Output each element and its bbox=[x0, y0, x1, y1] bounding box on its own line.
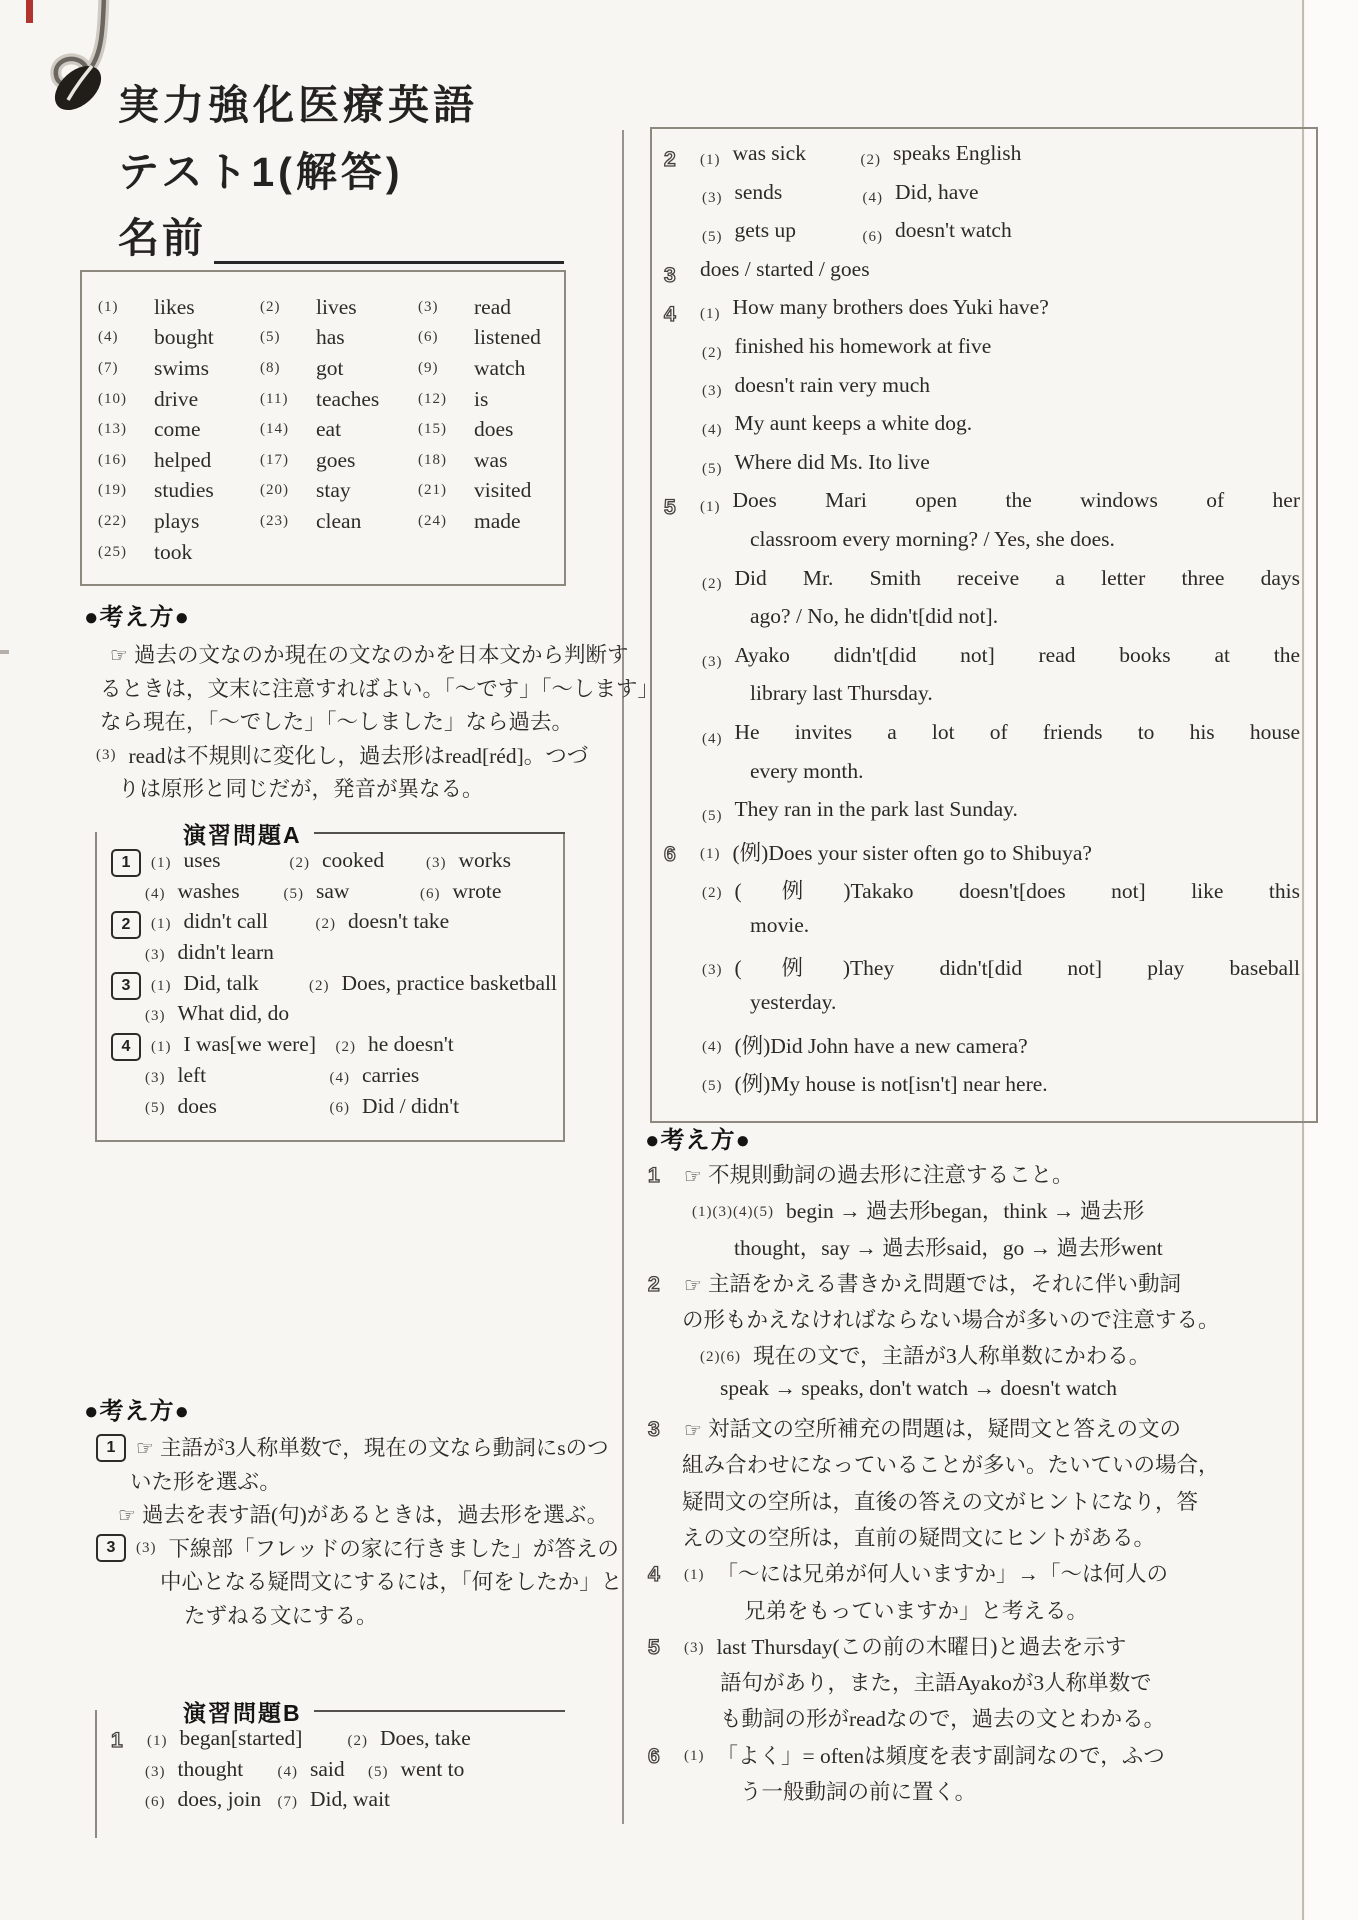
explanation-text: えの文の空所は，直前の疑問文にヒントがある。 bbox=[682, 1521, 1155, 1552]
explanation-line: 1 ☞ 不規則動詞の過去形に注意すること。 bbox=[648, 1158, 1312, 1194]
answer-text: Where did Ms. Ito live bbox=[735, 450, 930, 475]
item-number: (4) bbox=[98, 329, 154, 346]
explanation-text: 「よく」= oftenは頻度を表す副詞なので，ふつ bbox=[717, 1739, 1165, 1770]
explanation-line: 5 (3) last Thursday(この前の木曜日)と過去を示す bbox=[648, 1630, 1312, 1666]
explanation-text: るときは，文末に注意すればよい。「～です」「～します」 bbox=[100, 672, 659, 703]
answer-text: speaks English bbox=[893, 141, 1021, 166]
question-number: (4) bbox=[702, 1039, 723, 1056]
vocab-word: took bbox=[154, 540, 260, 565]
explanation-text: thought，say → 過去形said，go → 過去形went bbox=[734, 1231, 1163, 1262]
answer-text: saw bbox=[316, 879, 420, 904]
explanation-text: 組み合わせになっていることが多い。たいていの場合， bbox=[682, 1448, 1220, 1479]
explanation-line: 6 (1) 「よく」= oftenは頻度を表す副詞なので，ふつ bbox=[648, 1739, 1312, 1775]
item-number: (5) bbox=[260, 329, 316, 346]
answer-text: washes bbox=[178, 879, 284, 904]
explanation-text: 現在の文で，主語が3人称単数にかわる。 bbox=[753, 1339, 1150, 1370]
explanation-line: 兄弟をもっていますか」と考える。 bbox=[648, 1594, 1312, 1630]
answer-text: began[started] bbox=[180, 1726, 348, 1751]
answer-line: yesterday. bbox=[664, 990, 1310, 1029]
vocab-row: (10) drive (11) teaches (12) is bbox=[98, 384, 564, 415]
answer-line: (4) He invites a lot of friends to his h… bbox=[664, 720, 1310, 759]
answer-text: carries bbox=[362, 1063, 419, 1088]
section-number: 6 bbox=[664, 843, 690, 867]
vocab-word: got bbox=[316, 356, 418, 381]
question-number: (5) bbox=[145, 1100, 166, 1117]
item-number: (3) bbox=[418, 299, 474, 316]
item-number: (23) bbox=[260, 513, 316, 530]
answer-text: (例)Does your sister often go to Shibuya? bbox=[733, 836, 1092, 867]
question-number: (2) bbox=[348, 1733, 369, 1750]
item-number: (10) bbox=[98, 391, 154, 408]
vocab-grid: (1) likes (2) lives (3) read (4) bought … bbox=[82, 272, 564, 567]
vocab-word: bought bbox=[154, 325, 260, 350]
answer-line: classroom every morning? / Yes, she does… bbox=[664, 527, 1310, 566]
vocab-word: listened bbox=[474, 325, 564, 350]
item-number: (16) bbox=[98, 452, 154, 469]
scanned-answer-sheet-page: 実力強化医療英語 テスト1(解答) 名前 (1) likes (2) lives… bbox=[0, 0, 1358, 1920]
exercise-a-label: 演習問題A bbox=[183, 817, 302, 850]
answer-text: Did, have bbox=[895, 180, 979, 205]
vocab-word: watch bbox=[474, 356, 564, 381]
explanation-text: 過去の文なのか現在の文なのかを日本文から判断す bbox=[134, 638, 629, 669]
question-number: (4) bbox=[278, 1764, 299, 1781]
question-number: (3) bbox=[702, 190, 723, 207]
answer-text: was sick bbox=[733, 141, 861, 166]
vocab-row: (13) come (14) eat (15) does bbox=[98, 414, 564, 445]
explanation-line: も動詞の形がreadなので，過去の文とわかる。 bbox=[648, 1702, 1312, 1738]
answer-text: wrote bbox=[453, 879, 502, 904]
question-number: (1)(3)(4)(5) bbox=[692, 1204, 774, 1221]
thinking-block-left-2: 1 ☞ 主語が3人称単数で，現在の文なら動詞にsのつ いた形を選ぶ。 bbox=[88, 1431, 574, 1632]
answer-text: didn't call bbox=[184, 909, 316, 934]
question-number: (1) bbox=[700, 306, 721, 323]
vocab-row: (22) plays (23) clean (24) made bbox=[98, 506, 564, 537]
answer-line: 1 (1) began[started] (2) Does, take bbox=[111, 1726, 559, 1757]
vocab-word: has bbox=[316, 325, 418, 350]
vocab-word: swims bbox=[154, 356, 260, 381]
question-number: (6) bbox=[145, 1794, 166, 1811]
answer-text: What did, do bbox=[178, 1001, 290, 1026]
vocab-word: is bbox=[474, 387, 564, 412]
answer-text: Does, practice basketball bbox=[341, 971, 557, 996]
answer-line: (2) Did Mr. Smith receive a letter three… bbox=[664, 566, 1310, 605]
thinking-header-left-1: ●考え方● bbox=[84, 597, 190, 632]
section-number: 1 bbox=[111, 1729, 137, 1753]
explanation-text: readは不規則に変化し，過去形はread[réd]。つづ bbox=[129, 739, 589, 770]
answer-text: (例)They didn't[did not] play baseball bbox=[735, 951, 1311, 982]
thinking-header-right: ●考え方● bbox=[645, 1120, 751, 1155]
name-label: 名前 bbox=[118, 205, 206, 264]
question-number: (3) bbox=[426, 855, 447, 872]
question-number: (7) bbox=[278, 1794, 299, 1811]
explanation-text: begin → 過去形began，think → 過去形 bbox=[786, 1194, 1144, 1225]
item-number: (24) bbox=[418, 513, 474, 530]
question-number: (4) bbox=[702, 731, 723, 748]
answer-text: (例)Did John have a new camera? bbox=[735, 1029, 1028, 1060]
vocab-word: goes bbox=[316, 448, 418, 473]
answer-text: I was[we were] bbox=[184, 1032, 336, 1057]
question-number: (1) bbox=[147, 1733, 168, 1750]
explanation-text: りは原形と同じだが，発音が異なる。 bbox=[118, 772, 484, 803]
explanation-text: 主語をかえる書きかえ問題では，それに伴い動詞 bbox=[708, 1267, 1181, 1298]
explanation-line: う一般動詞の前に置く。 bbox=[648, 1775, 1312, 1811]
answer-line: (4) (例)Did John have a new camera? bbox=[664, 1029, 1310, 1068]
question-number: (3) bbox=[702, 962, 723, 979]
answer-text: cooked bbox=[322, 848, 426, 873]
vocab-word: studies bbox=[154, 478, 260, 503]
answer-line: movie. bbox=[664, 913, 1310, 952]
item-number: (1) bbox=[98, 299, 154, 316]
question-number: (3) bbox=[702, 654, 723, 671]
exercise-a-block: 演習問題A 1 (1) uses (2) cooked (3) works bbox=[95, 818, 565, 1142]
vocab-row: (1) likes (2) lives (3) read bbox=[98, 292, 564, 323]
item-number: (25) bbox=[98, 544, 154, 561]
item-number: (20) bbox=[260, 482, 316, 499]
question-number: (2)(6) bbox=[700, 1349, 741, 1366]
answer-text: works bbox=[459, 848, 512, 873]
item-number: (21) bbox=[418, 482, 474, 499]
answer-line: (3) What did, do bbox=[111, 1001, 557, 1032]
vocab-word: read bbox=[474, 295, 564, 320]
explanation-text: last Thursday(この前の木曜日)と過去を示す bbox=[717, 1630, 1127, 1661]
question-number: (3) bbox=[145, 1764, 166, 1781]
answer-text: does bbox=[178, 1094, 330, 1119]
vocab-word: likes bbox=[154, 295, 260, 320]
exercise-a-rule bbox=[314, 832, 565, 834]
item-number: (15) bbox=[418, 421, 474, 438]
answer-line: ago? / No, he didn't[did not]. bbox=[664, 604, 1310, 643]
explanation-line: thought，say → 過去形said，go → 過去形went bbox=[648, 1231, 1312, 1267]
answer-line: every month. bbox=[664, 759, 1310, 798]
exercise-b-answers: 1 (1) began[started] (2) Does, take (3) … bbox=[95, 1710, 565, 1838]
answer-line: (3) Ayako didn't[did not] read books at … bbox=[664, 643, 1310, 682]
vocab-word: visited bbox=[474, 478, 564, 503]
section-number: 5 bbox=[648, 1636, 674, 1660]
answer-line: (3) (例)They didn't[did not] play basebal… bbox=[664, 951, 1310, 990]
question-number: (4) bbox=[702, 422, 723, 439]
answer-text: Ayako didn't[did not] read books at the bbox=[735, 643, 1311, 668]
answer-text: doesn't watch bbox=[895, 218, 1012, 243]
question-number: (2) bbox=[290, 855, 311, 872]
answer-text: does, join bbox=[178, 1787, 278, 1812]
explanation-text: 「～には兄弟が何人いますか」→「～は何人の bbox=[717, 1557, 1169, 1588]
exercise-b-rule bbox=[314, 1710, 565, 1712]
explanation-line: 中心となる疑問文にするには，「何をしたか」と bbox=[88, 1565, 574, 1599]
answer-line: (2) (例)Takako doesn't[does not] like thi… bbox=[664, 874, 1310, 913]
question-number: (2) bbox=[336, 1039, 357, 1056]
explanation-text: 中心となる疑問文にするには，「何をしたか」と bbox=[160, 1565, 622, 1596]
item-number: (9) bbox=[418, 360, 474, 377]
question-number: (1) bbox=[151, 916, 172, 933]
explanation-text: 疑問文の空所は，直後の答えの文がヒントになり，答 bbox=[682, 1485, 1198, 1516]
explanation-text: たずねる文にする。 bbox=[184, 1599, 378, 1630]
answer-line: (5) Where did Ms. Ito live bbox=[664, 450, 1310, 489]
answer-line: 6 (1) (例)Does your sister often go to Sh… bbox=[664, 836, 1310, 875]
question-number: (3) bbox=[145, 947, 166, 964]
explanation-line: 4 (1) 「～には兄弟が何人いますか」→「～は何人の bbox=[648, 1557, 1312, 1593]
explanation-text: も動詞の形がreadなので，過去の文とわかる。 bbox=[720, 1702, 1165, 1733]
answer-text: Did, wait bbox=[310, 1787, 368, 1812]
section-number: 1 bbox=[96, 1434, 126, 1462]
question-number: (1) bbox=[684, 1567, 705, 1584]
answer-line: 2 (1) didn't call (2) doesn't take bbox=[111, 909, 557, 940]
question-number: (1) bbox=[151, 1039, 172, 1056]
question-number: (6) bbox=[420, 886, 441, 903]
explanation-text: 兄弟をもっていますか」と考える。 bbox=[744, 1594, 1088, 1625]
section-number: 3 bbox=[648, 1418, 674, 1442]
answer-text: doesn't take bbox=[348, 909, 449, 934]
explanation-line: るときは，文末に注意すればよい。「～です」「～します」 bbox=[88, 672, 574, 706]
name-field-row: 名前 bbox=[118, 205, 564, 264]
section-number: 1 bbox=[111, 849, 141, 877]
item-number: (18) bbox=[418, 452, 474, 469]
item-number: (22) bbox=[98, 513, 154, 530]
answer-text: yesterday. bbox=[750, 990, 836, 1015]
vocab-word: eat bbox=[316, 417, 418, 442]
answer-text: library last Thursday. bbox=[750, 681, 933, 706]
answer-line: (2) finished his homework at five bbox=[664, 334, 1310, 373]
answer-text: movie. bbox=[750, 913, 809, 938]
vocab-word: was bbox=[474, 448, 564, 473]
answer-line: (5) They ran in the park last Sunday. bbox=[664, 797, 1310, 836]
question-number: (5) bbox=[702, 1078, 723, 1095]
edge-dash-mark bbox=[0, 650, 9, 654]
answer-text: (例)Takako doesn't[does not] like this bbox=[735, 874, 1311, 905]
vocab-word: plays bbox=[154, 509, 260, 534]
thinking-block-left-1: ☞ 過去の文なのか現在の文なのかを日本文から判断す るときは，文末に注意すればよ… bbox=[88, 638, 574, 806]
exercise-a-answers: 1 (1) uses (2) cooked (3) works (4) wash… bbox=[95, 832, 565, 1142]
question-number: (6) bbox=[863, 229, 884, 246]
explanation-line: いた形を選ぶ。 bbox=[88, 1465, 574, 1499]
question-number: (5) bbox=[284, 886, 305, 903]
explanation-line: (1)(3)(4)(5) begin → 過去形began，think → 過去… bbox=[648, 1194, 1312, 1230]
item-number: (19) bbox=[98, 482, 154, 499]
question-number: (5) bbox=[702, 229, 723, 246]
question-number: (3) bbox=[136, 1540, 157, 1557]
section-number: 4 bbox=[111, 1033, 141, 1061]
exercise-b-label: 演習問題B bbox=[183, 1695, 302, 1728]
question-number: (1) bbox=[684, 1748, 705, 1765]
answer-text: thought bbox=[178, 1757, 278, 1782]
section-number: 3 bbox=[664, 264, 690, 288]
question-number: (1) bbox=[700, 152, 721, 169]
explanation-line: 2 ☞ 主語をかえる書きかえ問題では，それに伴い動詞 bbox=[648, 1267, 1312, 1303]
question-number: (3) bbox=[145, 1008, 166, 1025]
question-number: (3) bbox=[145, 1070, 166, 1087]
vocab-row: (7) swims (8) got (9) watch bbox=[98, 353, 564, 384]
vocab-row: (16) helped (17) goes (18) was bbox=[98, 445, 564, 476]
section-number: 5 bbox=[664, 496, 690, 520]
pointing-hand-icon: ☞ bbox=[136, 1436, 154, 1460]
question-number: (5) bbox=[702, 461, 723, 478]
answer-text: Does, take bbox=[380, 1726, 471, 1751]
answer-line: (3) didn't learn bbox=[111, 940, 557, 971]
item-number: (17) bbox=[260, 452, 316, 469]
explanation-text: なら現在，「～でした」「～しました」なら過去。 bbox=[100, 705, 573, 736]
question-number: (2) bbox=[316, 916, 337, 933]
question-number: (2) bbox=[702, 885, 723, 902]
explanation-line: ☞ 過去を表す語(句)があるときは，過去形を選ぶ。 bbox=[88, 1498, 574, 1532]
section-number: 2 bbox=[648, 1273, 674, 1297]
vocab-word: stay bbox=[316, 478, 418, 503]
section-number: 6 bbox=[648, 1745, 674, 1769]
pointing-hand-icon: ☞ bbox=[118, 1503, 136, 1527]
answer-text: (例)My house is not[isn't] near here. bbox=[735, 1067, 1048, 1098]
answer-text: every month. bbox=[750, 759, 863, 784]
explanation-line: ☞ 過去の文なのか現在の文なのかを日本文から判断す bbox=[88, 638, 574, 672]
answer-text: does / started / goes bbox=[700, 257, 870, 282]
vocab-word: does bbox=[474, 417, 564, 442]
section-number: 4 bbox=[648, 1563, 674, 1587]
answer-line: (3) sends (4) Did, have bbox=[664, 180, 1310, 219]
answer-text: classroom every morning? / Yes, she does… bbox=[750, 527, 1115, 552]
answer-line: 2 (1) was sick (2) speaks English bbox=[664, 141, 1310, 180]
item-number: (13) bbox=[98, 421, 154, 438]
answer-text: didn't learn bbox=[178, 940, 274, 965]
explanation-text: いた形を選ぶ。 bbox=[130, 1465, 281, 1496]
item-number: (12) bbox=[418, 391, 474, 408]
question-number: (4) bbox=[330, 1070, 351, 1087]
answer-line: (3) thought (4) said (5) went to bbox=[111, 1757, 559, 1788]
explanation-text: 過去を表す語(句)があるときは，過去形を選ぶ。 bbox=[142, 1498, 608, 1529]
explanation-text: の形もかえなければならない場合が多いので注意する。 bbox=[682, 1303, 1220, 1334]
vocab-word: drive bbox=[154, 387, 260, 412]
question-number: (3) bbox=[702, 383, 723, 400]
answer-text: He invites a lot of friends to his house bbox=[735, 720, 1311, 745]
answer-text: My aunt keeps a white dog. bbox=[735, 411, 973, 436]
explanation-line: speak → speaks, don't watch → doesn't wa… bbox=[648, 1376, 1312, 1412]
explanation-line: 疑問文の空所は，直後の答えの文がヒントになり，答 bbox=[648, 1485, 1312, 1521]
section-number: 3 bbox=[96, 1534, 126, 1562]
right-answer-box: 2 (1) was sick (2) speaks English (3) se… bbox=[650, 127, 1318, 1123]
answer-text: Did / didn't bbox=[362, 1094, 459, 1119]
answer-line: (3) left (4) carries bbox=[111, 1063, 557, 1094]
question-number: (2) bbox=[861, 152, 882, 169]
explanation-line: たずねる文にする。 bbox=[88, 1599, 574, 1633]
explanation-text: 対話文の空所補充の問題は，疑問文と答えの文の bbox=[708, 1412, 1181, 1443]
answer-text: ago? / No, he didn't[did not]. bbox=[750, 604, 998, 629]
answer-text: left bbox=[178, 1063, 330, 1088]
answer-line: (6) does, join (7) Did, wait bbox=[111, 1787, 559, 1818]
pointing-hand-icon: ☞ bbox=[684, 1273, 702, 1297]
answer-text: Did Mr. Smith receive a letter three day… bbox=[735, 566, 1311, 591]
vocab-row: (19) studies (20) stay (21) visited bbox=[98, 476, 564, 507]
answer-text: sends bbox=[735, 180, 863, 205]
explanation-text: 主語が3人称単数で，現在の文なら動詞にsのつ bbox=[160, 1431, 609, 1462]
explanation-text: speak → speaks, don't watch → doesn't wa… bbox=[720, 1376, 1117, 1401]
answer-text: How many brothers does Yuki have? bbox=[733, 295, 1049, 320]
item-number: (14) bbox=[260, 421, 316, 438]
explanation-line: 3 (3) 下線部「フレッドの家に行きました」が答えの bbox=[88, 1532, 574, 1566]
answer-text: doesn't rain very much bbox=[735, 373, 931, 398]
question-number: (3) bbox=[684, 1640, 705, 1657]
name-underline bbox=[214, 217, 564, 264]
question-number: (4) bbox=[863, 190, 884, 207]
answer-text: Does Mari open the windows of her bbox=[733, 488, 1311, 513]
explanation-line: の形もかえなければならない場合が多いので注意する。 bbox=[648, 1303, 1312, 1339]
column-divider-line bbox=[622, 130, 624, 1824]
answer-text: he doesn't bbox=[368, 1032, 454, 1057]
explanation-line: なら現在，「～でした」「～しました」なら過去。 bbox=[88, 705, 574, 739]
vocabulary-answer-box: (1) likes (2) lives (3) read (4) bought … bbox=[80, 270, 566, 586]
page-title-line2: テスト1(解答) bbox=[118, 139, 403, 198]
explanation-line: (3) readは不規則に変化し，過去形はread[réd]。つづ bbox=[88, 739, 574, 773]
answer-line: 3 does / started / goes bbox=[664, 257, 1310, 296]
explanation-line: 語句があり，また，主語Ayakoが3人称単数で bbox=[648, 1666, 1312, 1702]
question-number: (4) bbox=[145, 886, 166, 903]
section-number: 3 bbox=[111, 972, 141, 1000]
answer-line: (5) (例)My house is not[isn't] near here. bbox=[664, 1067, 1310, 1106]
answer-line: (5) gets up (6) doesn't watch bbox=[664, 218, 1310, 257]
explanation-line: 3 ☞ 対話文の空所補充の問題は，疑問文と答えの文の bbox=[648, 1412, 1312, 1448]
page-title-line1: 実力強化医療英語 bbox=[118, 72, 478, 131]
vocab-word: lives bbox=[316, 295, 418, 320]
item-number: (8) bbox=[260, 360, 316, 377]
answer-line: (5) does (6) Did / didn't bbox=[111, 1094, 557, 1125]
answer-text: finished his homework at five bbox=[735, 334, 992, 359]
vocab-row: (25) took bbox=[98, 537, 564, 568]
explanation-line: 1 ☞ 主語が3人称単数で，現在の文なら動詞にsのつ bbox=[88, 1431, 574, 1465]
answer-line: (3) doesn't rain very much bbox=[664, 373, 1310, 412]
answer-text: went to bbox=[401, 1757, 465, 1782]
explanation-text: 語句があり，また，主語Ayakoが3人称単数で bbox=[720, 1666, 1152, 1697]
question-number: (5) bbox=[702, 808, 723, 825]
item-number: (11) bbox=[260, 391, 316, 408]
explanation-line: 組み合わせになっていることが多い。たいていの場合， bbox=[648, 1448, 1312, 1484]
question-number: (1) bbox=[700, 846, 721, 863]
thinking-header-left-2: ●考え方● bbox=[84, 1391, 190, 1426]
answer-line: 3 (1) Did, talk (2) Does, practice baske… bbox=[111, 971, 557, 1002]
thinking-block-right: 1 ☞ 不規則動詞の過去形に注意すること。 (1)(3)(4)(5) begin… bbox=[648, 1158, 1312, 1811]
answer-text: Did, talk bbox=[184, 971, 309, 996]
pointing-hand-icon: ☞ bbox=[684, 1164, 702, 1188]
question-number: (1) bbox=[700, 499, 721, 516]
section-number: 2 bbox=[664, 148, 690, 172]
explanation-text: 下線部「フレッドの家に行きました」が答えの bbox=[169, 1532, 619, 1563]
vocab-word: made bbox=[474, 509, 564, 534]
question-number: (1) bbox=[151, 978, 172, 995]
vocab-word: clean bbox=[316, 509, 418, 534]
section-number: 4 bbox=[664, 303, 690, 327]
answer-line: (4) My aunt keeps a white dog. bbox=[664, 411, 1310, 450]
vocab-word: teaches bbox=[316, 387, 418, 412]
explanation-line: りは原形と同じだが，発音が異なる。 bbox=[88, 772, 574, 806]
pointing-hand-icon: ☞ bbox=[684, 1418, 702, 1442]
question-number: (1) bbox=[151, 855, 172, 872]
answer-text: They ran in the park last Sunday. bbox=[735, 797, 1018, 822]
question-number: (2) bbox=[702, 345, 723, 362]
vocab-row: (4) bought (5) has (6) listened bbox=[98, 323, 564, 354]
pointing-hand-icon: ☞ bbox=[110, 643, 128, 667]
answer-text: uses bbox=[184, 848, 290, 873]
question-number: (5) bbox=[368, 1764, 389, 1781]
answer-line: 1 (1) uses (2) cooked (3) works bbox=[111, 848, 557, 879]
item-number: (2) bbox=[260, 299, 316, 316]
answer-line: 5 (1) Does Mari open the windows of her bbox=[664, 488, 1310, 527]
exercise-b-block: 演習問題B 1 (1) began[started] (2) Does, tak… bbox=[95, 1696, 565, 1838]
question-number: (6) bbox=[330, 1100, 351, 1117]
vocab-word: helped bbox=[154, 448, 260, 473]
answer-text: gets up bbox=[735, 218, 863, 243]
item-number: (6) bbox=[418, 329, 474, 346]
question-number: (3) bbox=[96, 747, 117, 764]
answer-line: library last Thursday. bbox=[664, 681, 1310, 720]
explanation-text: う一般動詞の前に置く。 bbox=[740, 1775, 976, 1806]
explanation-line: (2)(6) 現在の文で，主語が3人称単数にかわる。 bbox=[648, 1339, 1312, 1375]
explanation-text: 不規則動詞の過去形に注意すること。 bbox=[708, 1158, 1074, 1189]
explanation-line: えの文の空所は，直前の疑問文にヒントがある。 bbox=[648, 1521, 1312, 1557]
question-number: (2) bbox=[309, 978, 330, 995]
